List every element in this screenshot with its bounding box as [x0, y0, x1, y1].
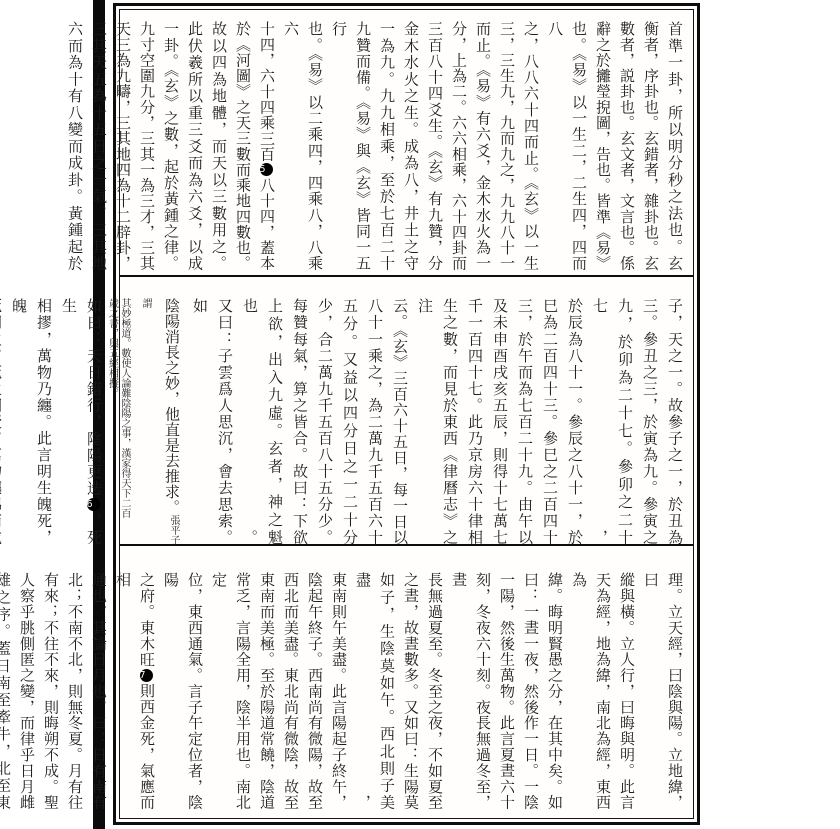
text-column: 刻，冬夜六十刻。夜長無過冬至，晝	[446, 572, 494, 810]
text-column: 東南而美極。至於陽道常饒，陰道	[254, 572, 278, 810]
text-block-middle: 子，天之一。故參子之一，於丑為三。參丑之三，於寅為九。參寅之九，於卯為二十七。參…	[134, 298, 686, 545]
text-column: 此伏羲所以重三爻而為六爻，以成	[182, 21, 206, 271]
text-column: 縱與橫。立人行，曰晦與明。此言	[614, 572, 638, 810]
text-column: 云。《玄》三百六十五日，每一日以	[386, 298, 411, 545]
interlinear-note-line: 歲之書，與五經相擬。	[105, 298, 118, 545]
text-column: 十四，六十四乘三百5八十四，蓋本	[254, 21, 278, 271]
text-column: 也。《易》以一生二，二生四，四而八	[542, 21, 590, 271]
text-column: 於《河圖》之天三數而乘地四數也。	[230, 21, 254, 271]
text-column: 九贊而備。《易》與《玄》皆同一五行	[326, 21, 374, 271]
text-column: 一為九。九九相乘，至於七百二十	[374, 21, 398, 271]
text-column: 長無過夏至。冬至之夜，不如夏至	[422, 572, 446, 810]
text-column: 分，上為二。六六相乘，六十四卦而	[446, 21, 470, 271]
text-column: 緯。晦明賢愚之分，在其中矣。如	[542, 572, 566, 810]
text-column: 故以四為地體，而天以三數用之。	[206, 21, 230, 271]
text-column: 三百八十四爻生。《玄》有九贊，分	[422, 21, 446, 271]
text-column: 九，於卯為二十七。參卯之二十七，	[586, 298, 636, 545]
text-column: 西北而美盡。東北尚有微陰，故至	[278, 572, 302, 810]
text-column: 三其天五為十五日之一氣，三其地	[86, 21, 110, 271]
text-column: 之，八八六十四而止。《玄》以一生	[518, 21, 542, 271]
text-column: 五分。又益以四分日之一二十分	[336, 298, 361, 545]
text-column: 死明生，死生相授，萬物纏綿而成就	[0, 298, 5, 545]
block-separator-top-middle	[120, 275, 693, 277]
text-column: 子，天之一。故參子之一，於丑為	[661, 298, 686, 545]
text-column: 千一百四十七。此乃京房六十律相	[461, 298, 486, 545]
text-column: 少，合二萬九千五百八十五分少。	[311, 298, 336, 545]
footnote-marker: 5	[260, 163, 273, 176]
footnote-marker: 6	[87, 498, 100, 511]
text-column: 一陽，然後生萬物。此言夏晝六十	[494, 572, 518, 810]
text-column: 每贊每氣，算之皆合。故曰：下欲	[286, 298, 311, 545]
text-column: 八十一乘之，為二萬九千五百六十	[361, 298, 386, 545]
text-column: 衡者，序卦也。玄錯者，雜卦也。玄	[638, 21, 662, 271]
text-column: 如曰：天日錯行，陰陽更迭6，死生	[55, 298, 105, 545]
text-column: 之府。東木旺7則西金死，氣應而相	[110, 572, 158, 810]
text-column: 三，於午而為七百二十九。由午以	[511, 298, 536, 545]
text-column: 而止。《易》有六爻，金木水火為一	[470, 21, 494, 271]
text-column: 陰起午終子。西南尚有微陽，故至	[302, 572, 326, 810]
text-column: 金木水火之生。成為八，井土之守	[398, 21, 422, 271]
text-column: 曰：一晝一夜，然後作一日。一陰	[518, 572, 542, 810]
text-column: 生之數，而見於東西《律曆志》之注	[411, 298, 461, 545]
text-column: 位，東西通氣。言子午定位者，陰陽	[158, 572, 206, 810]
text-block-bottom: 理。立天經，曰陰與陽。立地緯，曰縱與橫。立人行，曰晦與明。此言天為經，地為緯，南…	[134, 572, 686, 810]
text-column: 如子，生陰莫如午。西北則子美盡，	[350, 572, 398, 810]
footnote-marker: 7	[140, 669, 153, 682]
text-column: 巳為二百四十三。參巳之二百四十	[536, 298, 561, 545]
text-column: 北；不南不北，則無冬夏。月有往	[62, 572, 86, 810]
text-column: 也。《易》以二乘四，四乘八，八乘六	[278, 21, 326, 271]
text-column: 天三為九疇，三其地四為十二辟卦，	[110, 21, 134, 271]
text-column: 及未申酉戌亥五辰，則得十七萬七	[486, 298, 511, 545]
text-column: 首準一卦，所以明分秒之法也。玄	[662, 21, 686, 271]
text-column: 一卦。《玄》之數，起於黃鍾之律。	[158, 21, 182, 271]
text-column: 其妙極道。數使人論難陰陽之事，漢家得天下二百歲之書，與五經相擬。	[105, 298, 130, 545]
text-column: 雄之序。蓋日南至牽牛，北至東井。	[0, 572, 14, 810]
text-column: 天為經，地為緯，南北為經，東西為	[566, 572, 614, 810]
text-column: 陰陽消長之妙，他直是去推求。張平子謂	[130, 298, 186, 545]
text-column: 東南則午美盡。此言陽起子終午，	[326, 572, 350, 810]
text-column: 理。立天經，曰陰與陽。立地緯，曰	[638, 572, 686, 810]
text-column: 上欲，出入九虛。玄者，神之魁也。	[236, 298, 286, 545]
text-column: 相摎，萬物乃纏。此言明生魄死，魄	[5, 298, 55, 545]
text-column: 通也。其論日月也，曰：日有南有	[86, 572, 110, 810]
text-column: 之晝，故晝數多。又如曰：生陽莫	[398, 572, 422, 810]
text-column: 又曰：子雲爲人思沉，會去思索。如	[186, 298, 236, 545]
text-column: 常乏，言陽全用，陰半用也。南北定	[206, 572, 254, 810]
page-root: { "document": { "kind": "scanned classic…	[0, 0, 840, 829]
text-column: 六而為十有八變而成卦。黃鍾起於	[62, 21, 86, 271]
interlinear-note-line: 其妙極道。數使人論難陰陽之事，漢家得天下二百	[118, 298, 131, 545]
inline-note: 張平子謂	[140, 298, 179, 545]
text-column: 三。參丑之三，於寅為九。參寅之	[636, 298, 661, 545]
text-block-top: 首準一卦，所以明分秒之法也。玄衡者，序卦也。玄錯者，雜卦也。玄數者，説卦也。玄文…	[134, 21, 686, 271]
text-column: 於辰為八十一。參辰之八十一，於	[561, 298, 586, 545]
text-column: 人察乎朓側匿之變，而律乎日月雌	[14, 572, 38, 810]
text-column: 數者，説卦也。玄文者，文言也。係	[614, 21, 638, 271]
text-column: 三，三生九，九而九之，九九八十一	[494, 21, 518, 271]
text-column: 辭之於攡瑩掜圖，告也。皆準《易》	[590, 21, 614, 271]
text-column: 九寸空圍九分，三其一為三才，三其	[134, 21, 158, 271]
text-column: 有來；不往不來，則晦朔不成。聖	[38, 572, 62, 810]
